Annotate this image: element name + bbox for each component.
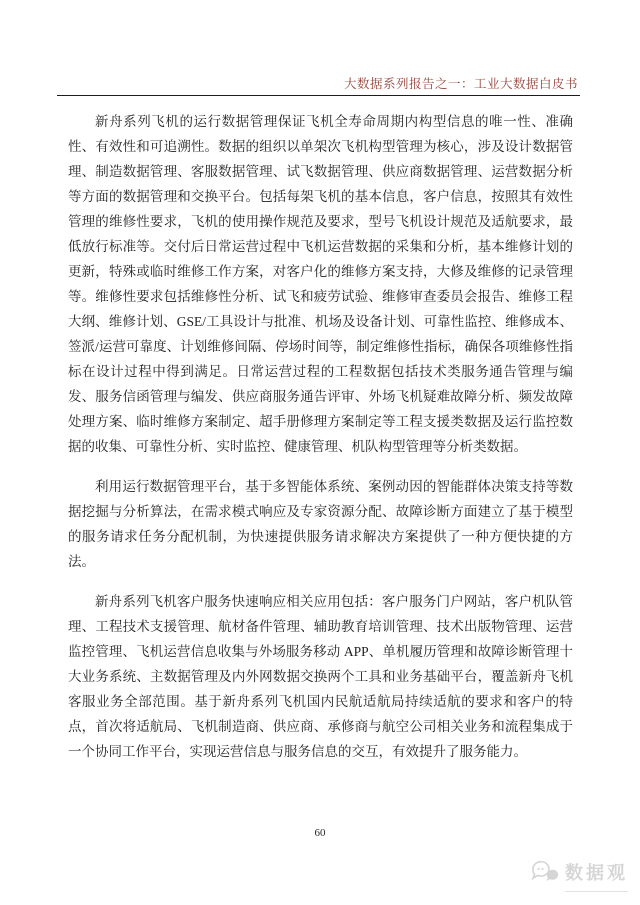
- page-number: 60: [0, 827, 640, 839]
- running-head-title: 大数据系列报告之一：工业大数据白皮书: [57, 76, 578, 92]
- watermark-label: 数据观: [565, 859, 628, 892]
- document-page: 大数据系列报告之一：工业大数据白皮书 新舟系列飞机的运行数据管理保证飞机全寿命周…: [0, 0, 640, 905]
- paragraph-1: 新舟系列飞机的运行数据管理保证飞机全寿命周期内构型信息的唯一性、准确性、有效性和…: [68, 109, 573, 459]
- paragraph-2: 利用运行数据管理平台，基于多智能体系统、案例动因的智能群体决策支持等数据挖掘与分…: [68, 474, 573, 574]
- document-body: 新舟系列飞机的运行数据管理保证飞机全寿命周期内构型信息的唯一性、准确性、有效性和…: [68, 109, 573, 779]
- chat-bubbles-icon: [529, 859, 561, 892]
- watermark: 数据观: [529, 859, 628, 892]
- header-divider: [57, 95, 580, 96]
- paragraph-3: 新舟系列飞机客户服务快速响应相关应用包括：客户服务门户网站，客户机队管理、工程技…: [68, 589, 573, 764]
